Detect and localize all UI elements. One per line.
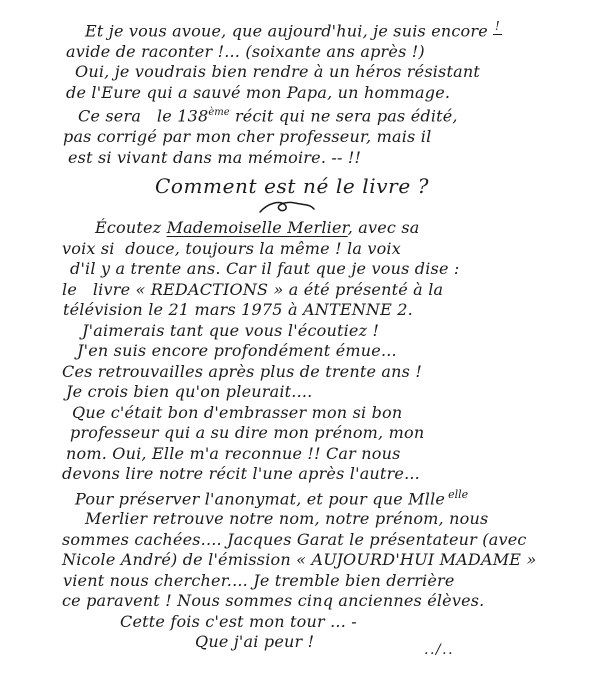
line-02: avide de raconter !... (soixante ans apr… — [66, 42, 572, 63]
line-18: professeur qui a su dire mon prénom, mon — [70, 423, 572, 444]
line-13: J'aimerais tant que vous l'écoutiez ! — [82, 321, 572, 342]
raised-exclamation-mark: ! — [493, 19, 502, 35]
line-23: sommes cachées.... Jacques Garat le prés… — [62, 530, 572, 551]
scanned-handwritten-page: Et je vous avoue, que aujourd'hui, je su… — [0, 0, 600, 684]
line-11: le livre « REDACTIONS » a été présenté à… — [62, 280, 572, 301]
line-05: Ce sera le 138ème récit qui ne sera pas … — [78, 103, 572, 127]
line-07: est si vivant dans ma mémoire. -- !! — [68, 148, 572, 169]
continuation-mark: ../.. — [424, 642, 454, 658]
inserted-correction: elle — [448, 488, 468, 501]
line-01: Et je vous avoue, que aujourd'hui, je su… — [85, 16, 572, 42]
line-05-post: récit qui ne sera pas édité, — [230, 107, 458, 126]
line-12: télévision le 21 mars 1975 à ANTENNE 2. — [63, 300, 572, 321]
line-05-pre: Ce sera le 138 — [78, 107, 208, 126]
line-03: Oui, je voudrais bien rendre à un héros … — [75, 62, 572, 83]
line-15: Ces retrouvailles après plus de trente a… — [62, 362, 572, 383]
line-16: Je crois bien qu'on pleurait.... — [66, 382, 572, 403]
line-08: Écoutez Mademoiselle Merlier, avec sa — [95, 218, 572, 239]
underlined-name: Mademoiselle Merlier — [167, 218, 348, 237]
line-26: ce paravent ! Nous sommes cinq anciennes… — [62, 591, 572, 612]
line-19: nom. Oui, Elle m'a reconnue !! Car nous — [66, 444, 572, 465]
line-17: Que c'était bon d'embrasser mon si bon — [72, 403, 572, 424]
line-09: voix si douce, toujours la même ! la voi… — [62, 239, 572, 260]
section-heading: Comment est né le livre ? — [62, 173, 522, 200]
line-25: vient nous chercher.... Je tremble bien … — [63, 571, 572, 592]
line-08-post: , avec sa — [348, 218, 420, 237]
line-21-text: Pour préserver l'anonymat, et pour que M… — [75, 489, 445, 508]
line-21: Pour préserver l'anonymat, et pour que M… — [75, 485, 572, 510]
page-content: Et je vous avoue, que aujourd'hui, je su… — [62, 16, 572, 653]
line-22: Merlier retrouve notre nom, notre prénom… — [85, 509, 572, 530]
line-08-pre: Écoutez — [95, 218, 167, 237]
line-20: devons lire notre récit l'une après l'au… — [62, 464, 572, 485]
line-24: Nicole André) de l'émission « AUJOURD'HU… — [62, 550, 572, 571]
line-01-text: Et je vous avoue, que aujourd'hui, je su… — [85, 21, 488, 40]
ordinal-superscript: ème — [208, 107, 229, 118]
line-28: Que j'ai peur ! — [195, 632, 572, 653]
line-10: d'il y a trente ans. Car il faut que je … — [70, 259, 572, 280]
line-06: pas corrigé par mon cher professeur, mai… — [63, 127, 572, 148]
line-04: de l'Eure qui a sauvé mon Papa, un homma… — [66, 83, 572, 104]
line-14: J'en suis encore profondément émue... — [77, 341, 572, 362]
flourish-icon — [62, 200, 512, 217]
line-27: Cette fois c'est mon tour ... - — [120, 612, 572, 633]
